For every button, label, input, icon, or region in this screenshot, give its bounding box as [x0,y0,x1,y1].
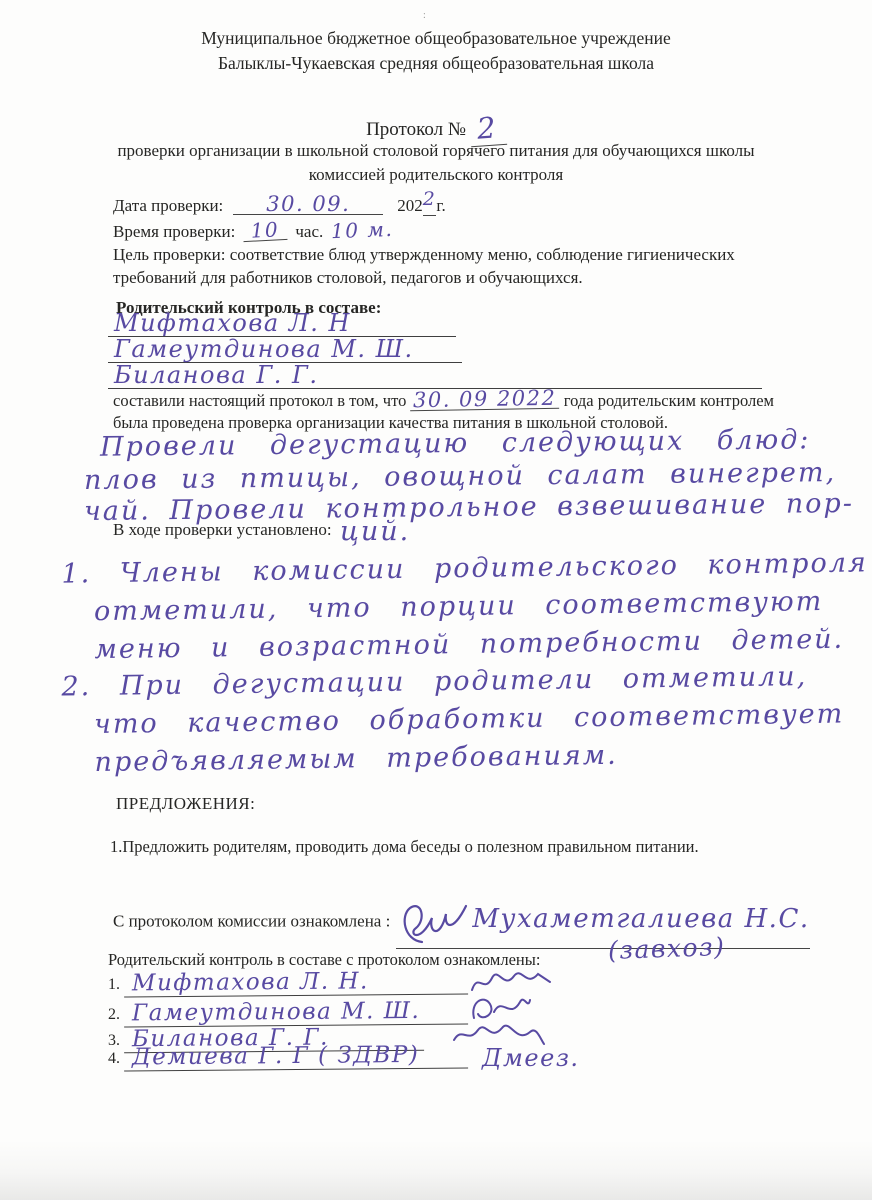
scan-edge-shading [0,1140,872,1200]
purpose-line1: Цель проверки: соответствие блюд утвержд… [113,245,735,265]
date-row: Дата проверки: 30. 09. 2022г. [113,194,446,217]
document-page: : Муниципальное бюджетное общеобразовате… [0,0,872,1200]
signer-4-name: Демиева Г. Г ( ЗДВР) [124,1042,468,1071]
date-year-handwritten: 2 [423,188,437,210]
statement-line1: составили настоящий протокол в том, что … [113,390,774,411]
time-row: Время проверки: 10 час. 10 м. [113,218,394,242]
acknowledgement-label: С протоколом комиссии ознакомлена : [113,912,390,931]
acknowledgement-name: Мухаметгалиева Н.С. [472,904,809,934]
protocol-subtitle-line1: проверки организации в школьной столовой… [0,141,872,161]
finding-item-2: 2. При дегустации родители отметили, что… [61,658,845,783]
acknowledgement-role: (завхоз) [608,932,726,965]
protocol-subtitle-line2: комиссией родительского контроля [0,165,872,185]
signer-4-signature-text: Дмеез. [482,1046,580,1070]
suggestions-heading: ПРЕДЛОЖЕНИЯ: [116,794,255,814]
protocol-title: Протокол № 2 [0,108,872,143]
findings-heading: В ходе проверки установлено: [113,520,332,540]
scan-artifact: : [423,10,426,21]
time-hours-handwritten: 10 [243,220,288,242]
date-label: Дата проверки: [113,196,223,215]
note-line4: ций. [340,516,410,547]
org-name-line2: Балыклы-Чукаевская средняя общеобразоват… [0,53,872,74]
time-hours-unit: час. [295,222,323,241]
date-unit: г. [436,196,445,215]
statement-after-date: года родительским контролем [564,391,774,410]
suggestion-item-1: 1.Предложить родителям, проводить дома б… [110,837,699,857]
time-label: Время проверки: [113,222,235,241]
signer-4-num: 4. [108,1048,120,1070]
purpose-line2: требований для работников столовой, педа… [113,268,583,288]
statement-date-handwritten: 30. 09 2022 [410,389,560,412]
date-year-printed: 202 [397,196,423,215]
signature-flourish-icon [396,900,470,946]
note-line1: Провели дегустацию следующих блюд: [100,424,811,462]
statement-before-date: составили настоящий протокол в том, что [113,391,406,410]
acknowledgement-signature-area: Мухаметгалиева Н.С. [396,900,809,949]
finding-item-1: 1. Члены комиссии родительского контроля… [61,544,869,669]
member-3-name: Биланова Г. Г. [108,362,319,388]
signer-row-4: 4. Демиева Г. Г ( ЗДВР) Дмеез. [108,1044,580,1070]
committee-member-3: Биланова Г. Г. [108,358,762,389]
org-name-line1: Муниципальное бюджетное общеобразователь… [0,28,872,49]
time-minutes-handwritten: 10 м. [331,217,394,243]
protocol-title-prefix: Протокол № [366,119,466,140]
date-value-handwritten: 30. 09. [233,194,383,215]
